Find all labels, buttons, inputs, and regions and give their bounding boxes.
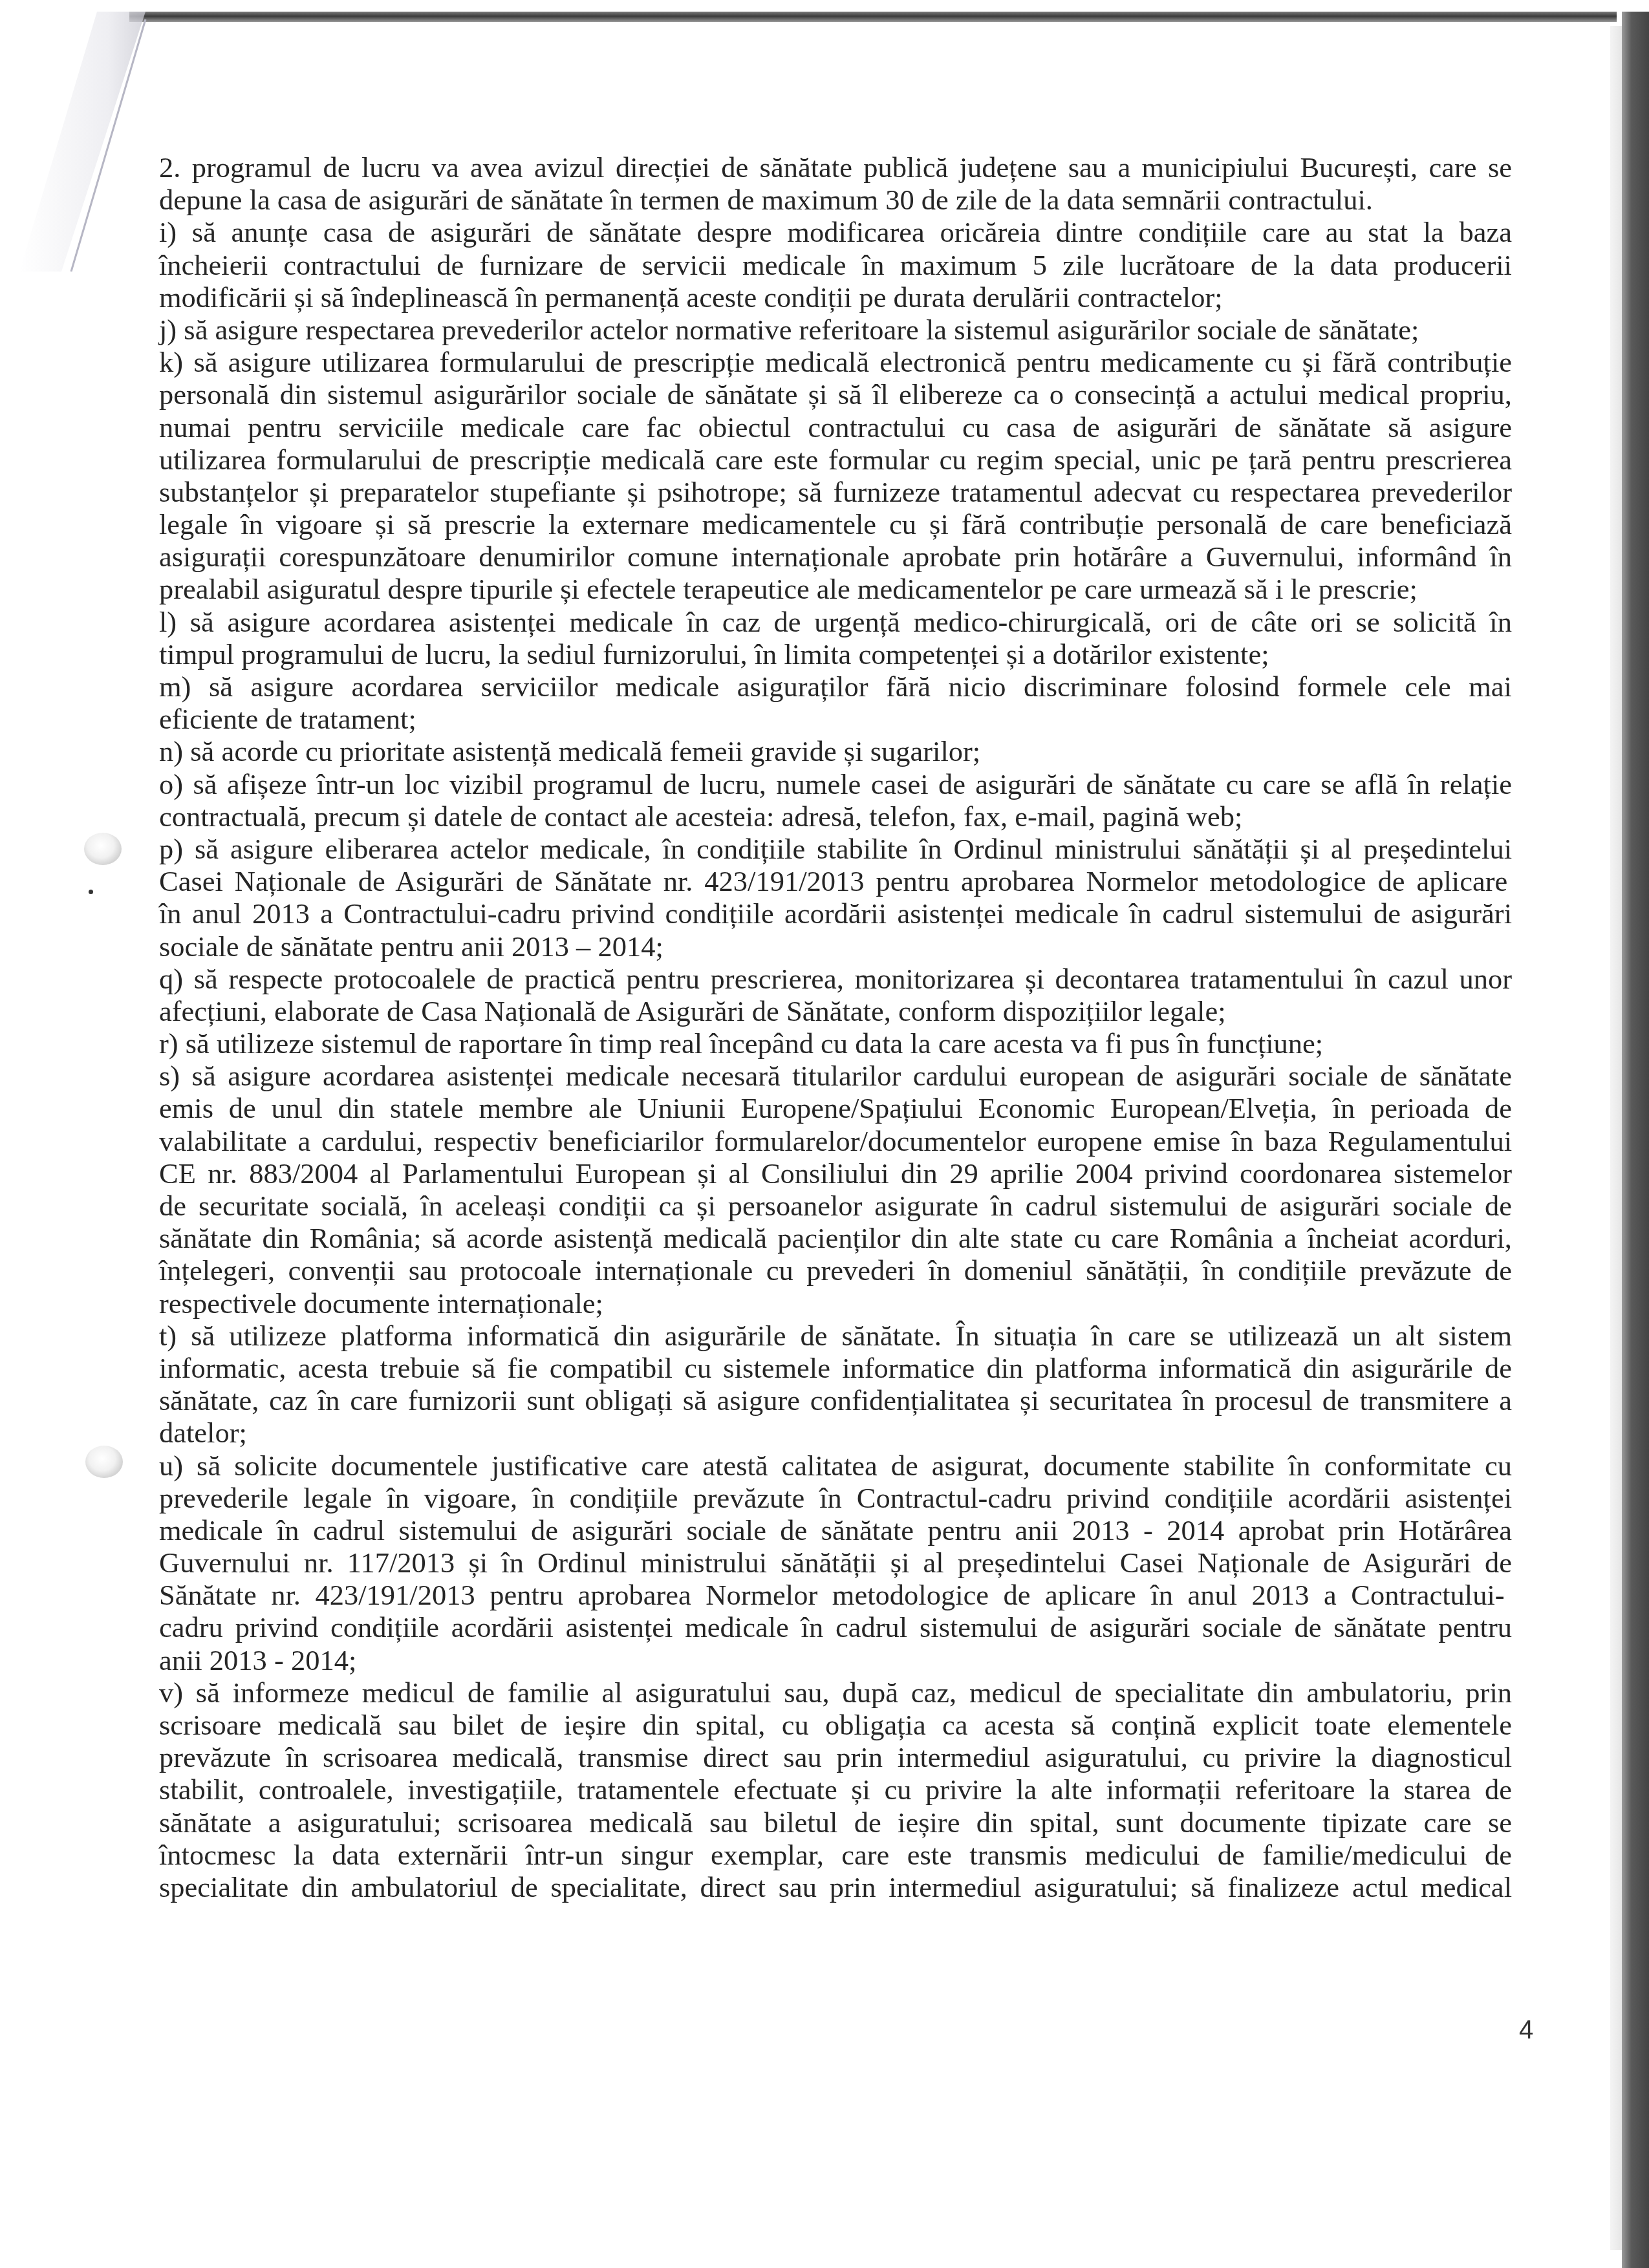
text-line: medicale în cadrul sistemului de asigură… <box>159 1514 1512 1546</box>
text-line: cadru privind condițiile acordării asist… <box>159 1611 1512 1643</box>
paragraph-item-u: u) să solicite documentele justificative… <box>159 1450 1512 1676</box>
text-line: respectivele documente internaționale; <box>159 1287 1512 1320</box>
text-line: stabilit, controalele, investigațiile, t… <box>159 1773 1512 1806</box>
text-line: modificării și să îndeplinească în perma… <box>159 281 1512 314</box>
text-line: j) să asigure respectarea prevederilor a… <box>159 314 1512 346</box>
text-line: emis de unul din statele membre ale Uniu… <box>159 1092 1512 1124</box>
paragraph-item-v: v) să informeze medicul de familie al as… <box>159 1676 1512 1903</box>
paragraph-item-l: l) să asigure acordarea asistenței medic… <box>159 606 1512 670</box>
paragraph-item-i: i) să anunțe casa de asigurări de sănăta… <box>159 216 1512 314</box>
text-line: sănătate a asiguratului; scrisoarea medi… <box>159 1806 1512 1839</box>
text-line: utilizarea formularului de prescripție m… <box>159 444 1512 476</box>
scan-page-stack-edge <box>1610 26 1622 2250</box>
text-line: prevăzute în scrisoarea medicală, transm… <box>159 1741 1512 1773</box>
text-line: o) să afișeze într-un loc vizibil progra… <box>159 768 1512 800</box>
text-line: în anul 2013 a Contractului-cadru privin… <box>159 897 1512 930</box>
paragraph-item-m: m) să asigure acordarea serviciilor medi… <box>159 670 1512 735</box>
paragraph-item-s: s) să asigure acordarea asistenței medic… <box>159 1060 1512 1320</box>
text-line: q) să respecte protocoalele de practică … <box>159 963 1512 995</box>
paragraph-item-j: j) să asigure respectarea prevederilor a… <box>159 314 1512 346</box>
text-line: v) să informeze medicul de familie al as… <box>159 1676 1512 1709</box>
text-line: încheierii contractului de furnizare de … <box>159 249 1512 281</box>
text-line: sociale de sănătate pentru anii 2013 – 2… <box>159 930 1512 963</box>
text-line: n) să acorde cu prioritate asistență med… <box>159 735 1512 767</box>
paragraph-item-r: r) să utilizeze sistemul de raportare în… <box>159 1027 1512 1060</box>
text-line: Casei Naționale de Asigurări de Sănătate… <box>159 865 1512 897</box>
text-line: Sănătate nr. 423/191/2013 pentru aprobar… <box>159 1579 1512 1611</box>
punch-hole <box>84 833 122 865</box>
paragraph-item-o: o) să afișeze într-un loc vizibil progra… <box>159 768 1512 833</box>
text-line: specialitate din ambulatoriul de special… <box>159 1871 1512 1903</box>
text-line: Guvernului nr. 117/2013 și în Ordinul mi… <box>159 1546 1512 1579</box>
document-body: 2. programul de lucru va avea avizul dir… <box>159 151 1512 1903</box>
text-line: prevederile legale în vigoare, în condiț… <box>159 1482 1512 1514</box>
paragraph-item-t: t) să utilizeze platforma informatică di… <box>159 1320 1512 1450</box>
text-line: p) să asigure eliberarea actelor medical… <box>159 833 1512 865</box>
text-line: sănătate, caz în care furnizorii sunt ob… <box>159 1384 1512 1417</box>
text-line: înțelegeri, convenții sau protocoale int… <box>159 1254 1512 1287</box>
text-line: r) să utilizeze sistemul de raportare în… <box>159 1027 1512 1060</box>
text-line: t) să utilizeze platforma informatică di… <box>159 1320 1512 1352</box>
text-line: timpul programului de lucru, la sediul f… <box>159 638 1512 670</box>
text-line: sănătate din România; să acorde asistenț… <box>159 1222 1512 1254</box>
text-line: substanțelor și preparatelor stupefiante… <box>159 476 1512 508</box>
punch-hole <box>85 1446 123 1478</box>
text-line: u) să solicite documentele justificative… <box>159 1450 1512 1482</box>
text-line: scrisoare medicală sau bilet de ieșire d… <box>159 1709 1512 1741</box>
text-line: de securitate socială, în aceleași condi… <box>159 1190 1512 1222</box>
text-line: l) să asigure acordarea asistenței medic… <box>159 606 1512 638</box>
text-line: s) să asigure acordarea asistenței medic… <box>159 1060 1512 1092</box>
scan-right-border <box>1622 12 1649 2268</box>
paragraph-item-n: n) să acorde cu prioritate asistență med… <box>159 735 1512 767</box>
page-fold-edge <box>0 0 168 272</box>
text-line: datelor; <box>159 1417 1512 1449</box>
scan-top-edge <box>129 12 1617 22</box>
paragraph-item-k: k) să asigure utilizarea formularului de… <box>159 346 1512 606</box>
paragraph-item-q: q) să respecte protocoalele de practică … <box>159 963 1512 1027</box>
text-line: personală din sistemul asigurărilor soci… <box>159 378 1512 411</box>
text-line: numai pentru serviciile medicale care fa… <box>159 411 1512 444</box>
text-line: i) să anunțe casa de asigurări de sănăta… <box>159 216 1512 248</box>
page-number: 4 <box>1519 2016 1533 2045</box>
text-line: legale în vigoare și să prescrie la exte… <box>159 508 1512 540</box>
text-line: anii 2013 - 2014; <box>159 1644 1512 1676</box>
text-line: depune la casa de asigurări de sănătate … <box>159 184 1512 216</box>
text-line: informatic, acesta trebuie să fie compat… <box>159 1352 1512 1384</box>
text-line: asigurații corespunzătoare denumirilor c… <box>159 540 1512 573</box>
text-line: întocmesc la data externării într-un sin… <box>159 1839 1512 1871</box>
paragraph-item-2: 2. programul de lucru va avea avizul dir… <box>159 151 1512 216</box>
text-line: k) să asigure utilizarea formularului de… <box>159 346 1512 378</box>
text-line: CE nr. 883/2004 al Parlamentului Europea… <box>159 1157 1512 1190</box>
text-line: contractuală, precum și datele de contac… <box>159 800 1512 833</box>
scan-speck <box>89 890 93 894</box>
text-line: 2. programul de lucru va avea avizul dir… <box>159 151 1512 184</box>
text-line: afecțiuni, elaborate de Casa Națională d… <box>159 995 1512 1027</box>
text-line: prealabil asiguratul despre tipurile și … <box>159 573 1512 605</box>
text-line: m) să asigure acordarea serviciilor medi… <box>159 670 1512 703</box>
text-line: valabilitate a cardului, respectiv benef… <box>159 1125 1512 1157</box>
paragraph-item-p: p) să asigure eliberarea actelor medical… <box>159 833 1512 963</box>
text-line: eficiente de tratament; <box>159 703 1512 735</box>
